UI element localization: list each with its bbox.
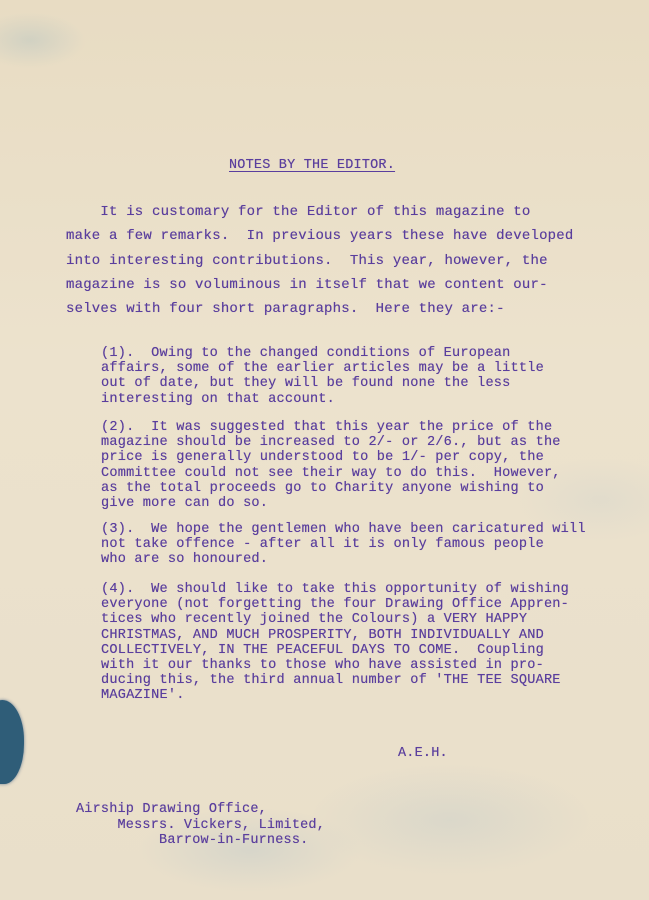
address-block: Airship Drawing Office, Messrs. Vickers,…	[76, 802, 325, 849]
paragraph-line: interesting on that account.	[101, 392, 544, 407]
paragraph-line: (4). We should like to take this opportu…	[101, 582, 569, 597]
intro-line: make a few remarks. In previous years th…	[66, 224, 573, 248]
signature: A.E.H.	[398, 746, 448, 761]
paragraph-line: not take offence - after all it is only …	[101, 537, 586, 552]
paragraph-line: magazine should be increased to 2/- or 2…	[101, 435, 561, 450]
intro-line: into interesting contributions. This yea…	[66, 249, 573, 273]
paragraph-4: (4). We should like to take this opportu…	[101, 582, 569, 704]
address-line: Airship Drawing Office,	[76, 802, 325, 818]
paragraph-line: (2). It was suggested that this year the…	[101, 420, 561, 435]
paragraph-line: CHRISTMAS, AND MUCH PROSPERITY, BOTH IND…	[101, 628, 569, 643]
paragraph-line: (3). We hope the gentlemen who have been…	[101, 522, 586, 537]
paragraph-1: (1). Owing to the changed conditions of …	[101, 346, 544, 407]
paragraph-2: (2). It was suggested that this year the…	[101, 420, 561, 511]
intro-line: selves with four short paragraphs. Here …	[66, 297, 573, 321]
intro-line: It is customary for the Editor of this m…	[66, 200, 573, 224]
paragraph-line: tices who recently joined the Colours) a…	[101, 612, 569, 627]
paragraph-line: who are so honoured.	[101, 552, 586, 567]
paragraph-line: price is generally understood to be 1/- …	[101, 450, 561, 465]
paragraph-line: give more can do so.	[101, 496, 561, 511]
paragraph-line: everyone (not forgetting the four Drawin…	[101, 597, 569, 612]
paragraph-line: as the total proceeds go to Charity anyo…	[101, 481, 561, 496]
paragraph-line: Committee could not see their way to do …	[101, 466, 561, 481]
paragraph-line: affairs, some of the earlier articles ma…	[101, 361, 544, 376]
address-line: Barrow-in-Furness.	[76, 833, 325, 849]
paragraph-line: (1). Owing to the changed conditions of …	[101, 346, 544, 361]
paragraph-3: (3). We hope the gentlemen who have been…	[101, 522, 586, 568]
address-line: Messrs. Vickers, Limited,	[76, 818, 325, 834]
intro-line: magazine is so voluminous in itself that…	[66, 273, 573, 297]
paragraph-line: ducing this, the third annual number of …	[101, 673, 569, 688]
paragraph-line: with it our thanks to those who have ass…	[101, 658, 569, 673]
paragraph-line: out of date, but they will be found none…	[101, 376, 544, 391]
paragraph-line: COLLECTIVELY, IN THE PEACEFUL DAYS TO CO…	[101, 643, 569, 658]
intro-paragraph: It is customary for the Editor of this m…	[66, 200, 573, 321]
paragraph-line: MAGAZINE'.	[101, 688, 569, 703]
page-title: NOTES BY THE EDITOR.	[229, 158, 395, 173]
